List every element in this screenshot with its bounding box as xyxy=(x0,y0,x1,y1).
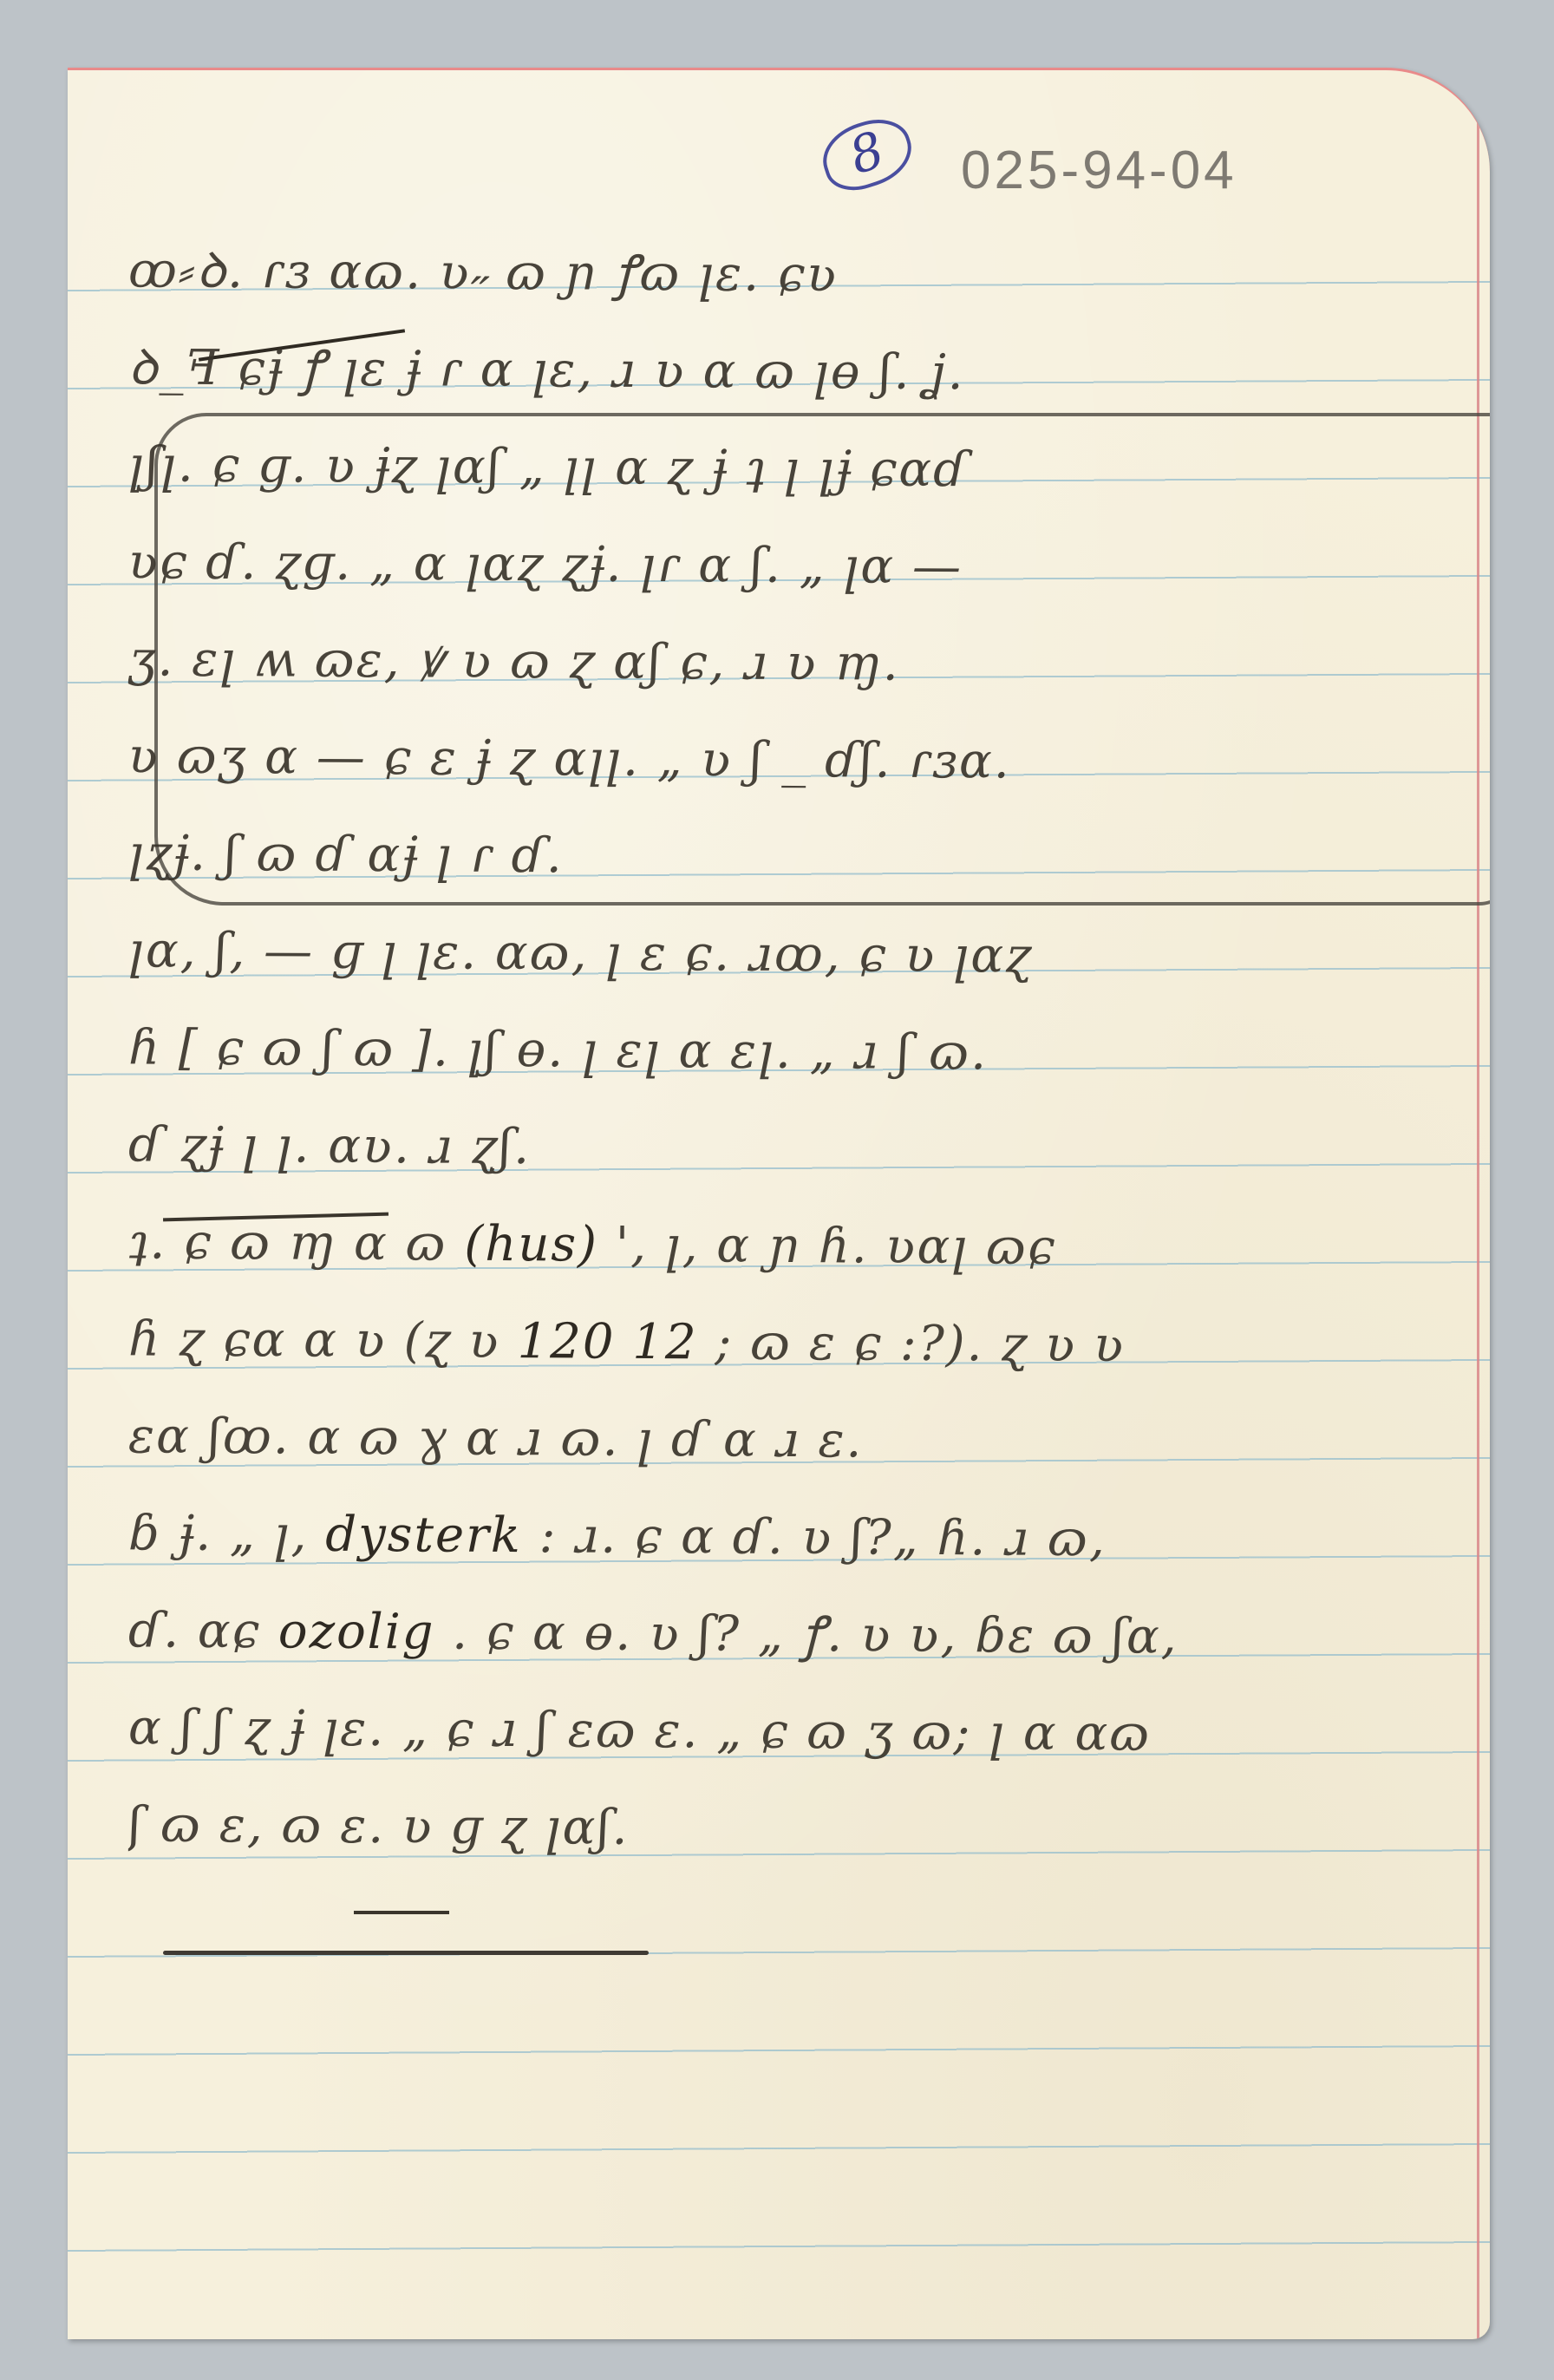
shorthand-line: ꝺ_ꟻ ɕɉ ꝭ ꞁɛ ɉ ɾ ɑ ꞁɛ, ɹ ʋ ɑ ɷ ꞁɵ ʃ. ʝ. xyxy=(128,319,1456,424)
shorthand-line: ꞁɀɉ. ʃ ɷ ɗ ɑɉ ꞁ ɾ ɗ. xyxy=(128,805,1456,910)
shorthand-line: ɗ ɀɉ ꞁ ꞁ. ɑʋ. ɹ ɀʃ. xyxy=(128,1096,1456,1201)
notebook-card: 8 025-94-04 ꝏ⸗ꝺ. ɾɜ ɑɷ. ʋ˶ ɷ ɲ ꝭɷ ꞁɛ. ɕʋ… xyxy=(68,68,1490,2339)
number-120: 120 xyxy=(517,1313,615,1370)
shorthand-line: ʋɕ ɗ. ɀɡ. „ ɑ ꞁɑɀ ɀɉ. ꞁɾ ɑ ʃ. „ ꞁɑ — xyxy=(128,513,1456,618)
shorthand-line: ꝏ⸗ꝺ. ɾɜ ɑɷ. ʋ˶ ɷ ɲ ꝭɷ ꞁɛ. ɕʋ xyxy=(128,222,1456,327)
shorthand-line: ɦ [ ɕ ɷ ʃ ɷ ]. ꞁʃ ɵ. ꞁ ɛꞁ ɑ ɛꞁ. „ ɹ ʃ ɷ. xyxy=(128,999,1456,1104)
shorthand-line: ɛɑ ʃꝏ. ɑ ɷ ɣ ɑ ɹ ɷ. ꞁ ɗ ɑ ɹ ɛ. xyxy=(128,1388,1456,1493)
shorthand-line: ɑ ʃ ʃ ɀ ɉ ꞁɛ. „ ɕ ɹ ʃ ɛɷ ɛ. „ ɕ ɷ ʒ ɷ; ꞁ… xyxy=(128,1679,1456,1784)
longhand-word-ozolig: ozolig xyxy=(278,1603,435,1660)
shorthand-line: ʒ. ɛꞁ ʍ ɷɛ, ꝟ ʋ ɷ ɀ ɑʃ ɕ, ɹ ʋ ɱ. xyxy=(128,611,1456,716)
shorthand-line: ʋ ɷʒ ɑ — ɕ ɛ ɉ ɀ ɑꞁꞁ. „ ʋ ʃ _ ɗʃ. ɾɜɑ. xyxy=(128,708,1456,813)
shorthand-text-block: ꝏ⸗ꝺ. ɾɜ ɑɷ. ʋ˶ ɷ ɲ ꝭɷ ꞁɛ. ɕʋ ꝺ_ꟻ ɕɉ ꝭ ꞁɛ… xyxy=(128,226,1455,1878)
number-12: 12 xyxy=(632,1314,698,1370)
end-of-text-rule xyxy=(163,1951,649,1955)
shorthand-line: ʃ ɷ ɛ, ɷ ɛ. ʋ ɡ ɀ ꞁɑʃ. xyxy=(128,1776,1456,1881)
folio-mark-circled: 8 xyxy=(814,110,920,199)
underline-mark xyxy=(354,1911,449,1914)
shorthand-line: ɗ. ɑɕ ozolig . ɕ ɑ ɵ. ʋ ʃ? „ ꝭ. ʋ ʋ, ɓɛ … xyxy=(128,1582,1456,1687)
shorthand-line: ʇ. ɕ ɷ ɱ ɑ ɷ (hus) ', ꞁ, ɑ ɲ ɦ. ʋɑꞁ ɷɕ xyxy=(128,1193,1456,1298)
red-margin-line xyxy=(1477,70,1479,2339)
shorthand-line: ꞁʃꞁ. ɕ ɡ. ʋ ɉɀ ꞁɑʃ „ ꞁꞁ ɑ ɀ ɉ ʇ ꞁ ꞁɉ ɕɑɗ xyxy=(128,416,1456,521)
shorthand-line: ɓ ɉ. „ ꞁ, dysterk : ɹ. ɕ ɑ ɗ. ʋ ʃ?„ ɦ. ɹ… xyxy=(128,1485,1456,1590)
longhand-word-hus: (hus) xyxy=(464,1216,598,1273)
reference-number: 025-94-04 xyxy=(961,140,1237,201)
longhand-word-dysterk: dysterk xyxy=(325,1507,522,1564)
shorthand-line: ɦ ɀ ɕɑ ɑ ʋ (ɀ ʋ 120 12 ; ɷ ɛ ɕ :?). ɀ ʋ … xyxy=(128,1291,1456,1396)
shorthand-line: ꞁɑ, ʃ, — ɡ ꞁ ꞁɛ. ɑɷ, ꞁ ɛ ɕ. ɹꝏ, ɕ ʋ ꞁɑɀ xyxy=(128,902,1456,1007)
